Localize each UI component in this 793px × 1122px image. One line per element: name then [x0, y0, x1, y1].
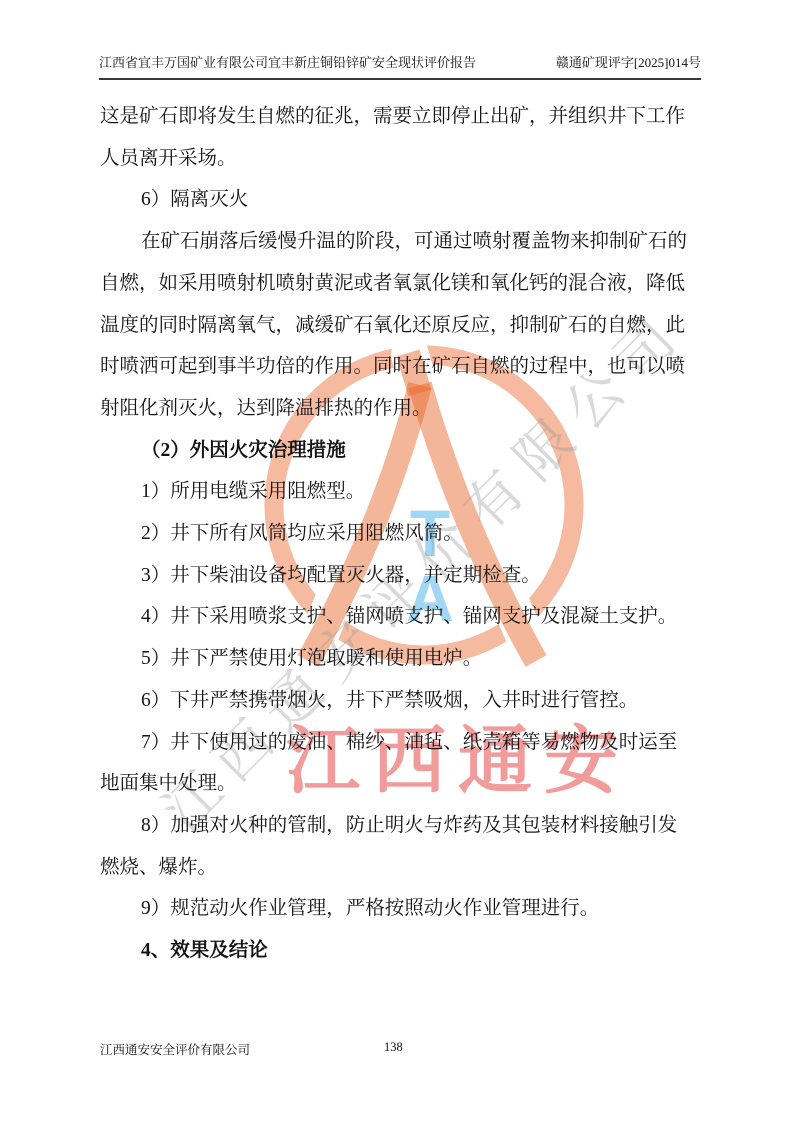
body-line: 燃烧、爆炸。 [100, 856, 700, 879]
body-text: 这是矿石即将发生自燃的征兆，需要立即停止出矿，并组织井下工作人员离开采场。6）隔… [0, 0, 793, 1122]
body-line: 5）井下严禁使用灯泡取暖和使用电炉。 [100, 647, 741, 670]
body-line: 8）加强对火种的管制，防止明火与炸药及其包装材料接触引发 [100, 814, 741, 837]
body-line: 4）井下采用喷浆支护、锚网喷支护、锚网支护及混凝土支护。 [100, 605, 741, 628]
body-line: 4、效果及结论 [100, 939, 741, 962]
body-line: 3）井下柴油设备均配置灭火器，并定期检查。 [100, 564, 741, 587]
body-line: 7）井下使用过的废油、棉纱、油毡、纸壳箱等易燃物及时运至 [100, 731, 741, 754]
body-line: 射阻化剂灭火，达到降温排热的作用。 [100, 397, 700, 420]
body-line: 地面集中处理。 [100, 772, 700, 795]
body-line: 1）所用电缆采用阻燃型。 [100, 480, 741, 503]
body-line: 温度的同时隔离氧气，减缓矿石氧化还原反应，抑制矿石的自燃，此 [100, 314, 700, 337]
body-line: 在矿石崩落后缓慢升温的阶段，可通过喷射覆盖物来抑制矿石的 [100, 230, 741, 253]
body-line: （2）外因火灾治理措施 [100, 439, 741, 462]
footer-company: 江西通安安全评价有限公司 [100, 1040, 250, 1058]
footer-page-number: 138 [384, 1040, 403, 1055]
body-line: 自燃，如采用喷射机喷射黄泥或者氧氯化镁和氧化钙的混合液，降低 [100, 272, 700, 295]
body-line: 这是矿石即将发生自燃的征兆，需要立即停止出矿，并组织井下工作 [100, 105, 700, 128]
body-line: 2）井下所有风筒均应采用阻燃风筒。 [100, 522, 741, 545]
document-page: 江西省宜丰万国矿业有限公司宜丰新庄铜铅锌矿安全现状评价报告 赣通矿现评字[202… [0, 0, 793, 1122]
body-line: 人员离开采场。 [100, 147, 700, 170]
body-line: 6）隔离灭火 [100, 188, 741, 211]
body-line: 9）规范动火作业管理，严格按照动火作业管理进行。 [100, 897, 741, 920]
body-line: 时喷洒可起到事半功倍的作用。同时在矿石自燃的过程中，也可以喷 [100, 355, 700, 378]
body-line: 6）下井严禁携带烟火，井下严禁吸烟，入井时进行管控。 [100, 689, 741, 712]
